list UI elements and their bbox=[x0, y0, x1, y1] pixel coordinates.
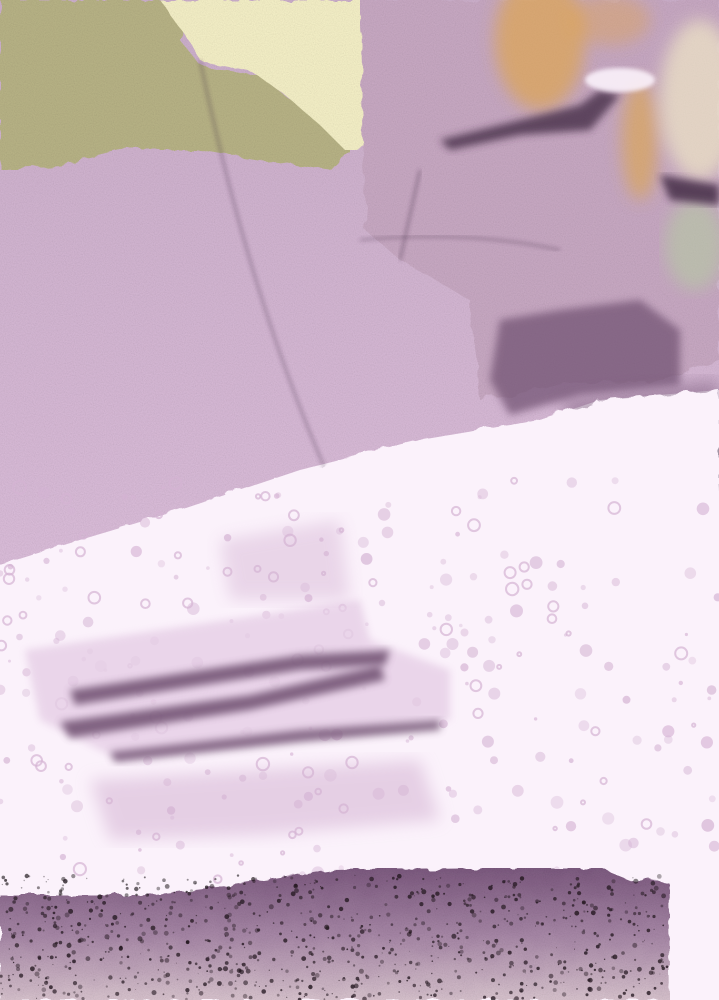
abstract-artwork bbox=[0, 0, 719, 1000]
artwork-canvas bbox=[0, 0, 719, 1000]
